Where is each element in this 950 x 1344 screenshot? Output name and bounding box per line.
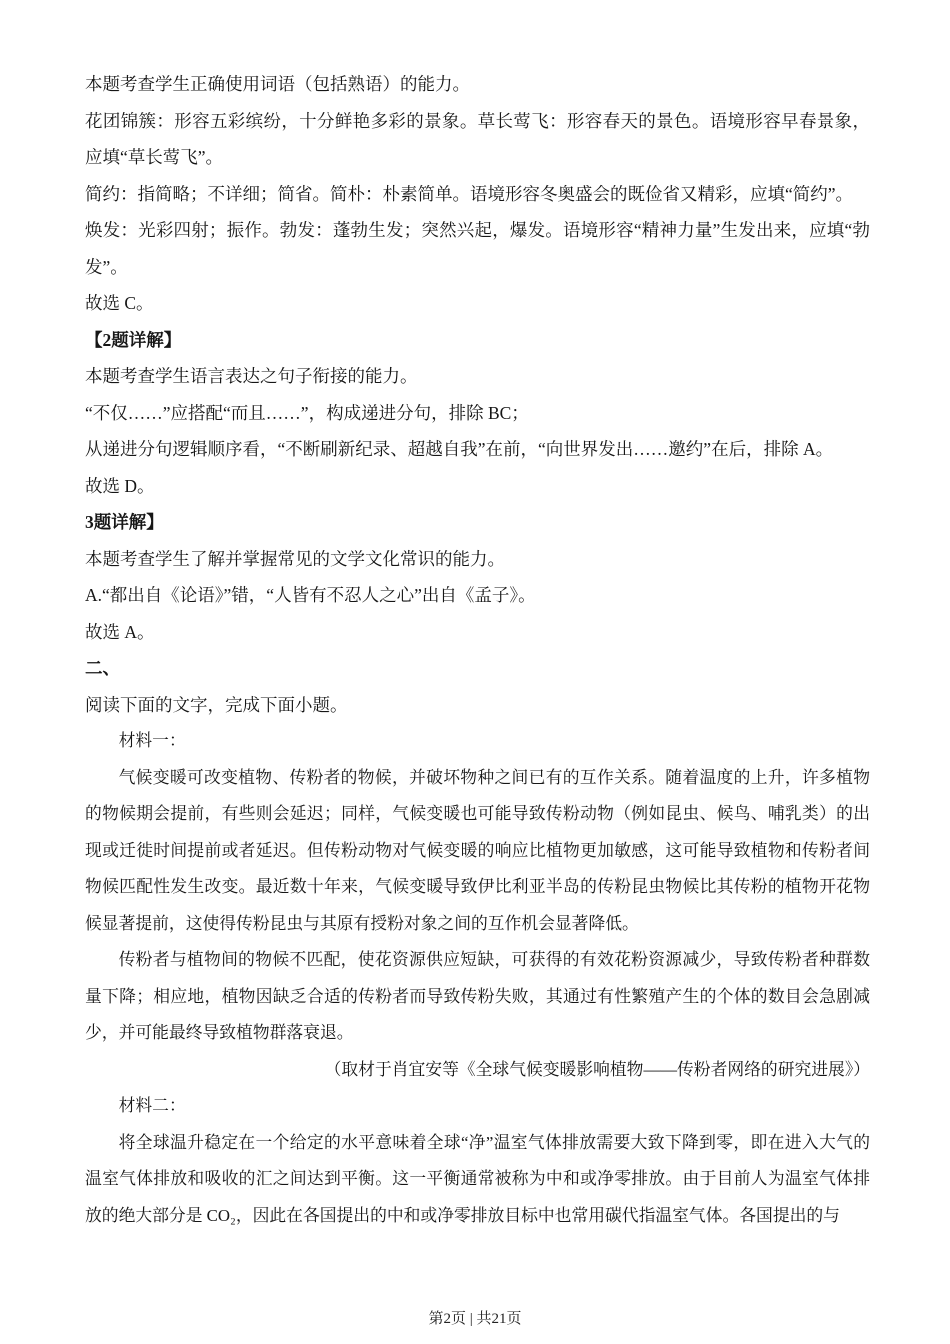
answer-line: 故选 A。: [85, 614, 870, 651]
section-heading-2: 二、: [85, 650, 870, 687]
reading-instruction: 阅读下面的文字，完成下面小题。: [85, 687, 870, 724]
explanation-paragraph: 从递进分句逻辑顺序看，“不断刷新纪录、超越自我”在前，“向世界发出……邀约”在后…: [85, 431, 870, 468]
answer-line: 故选 D。: [85, 468, 870, 505]
material-1-label: 材料一：: [85, 723, 870, 760]
explanation-paragraph: 本题考查学生正确使用词语（包括熟语）的能力。: [85, 66, 870, 103]
material-2-label: 材料二：: [85, 1088, 870, 1125]
answer-line: 故选 C。: [85, 285, 870, 322]
material-2-paragraph: 将全球温升稳定在一个给定的水平意味着全球“净”温室气体排放需要大致下降到零，即在…: [85, 1125, 870, 1235]
document-content: 本题考查学生正确使用词语（包括熟语）的能力。 花团锦簇：形容五彩缤纷，十分鲜艳多…: [85, 66, 870, 1234]
explanation-paragraph: “不仅……”应搭配“而且……”，构成递进分句，排除 BC；: [85, 395, 870, 432]
material-1-paragraph: 传粉者与植物间的物候不匹配，使花资源供应短缺，可获得的有效花粉资源减少，导致传粉…: [85, 942, 870, 1052]
document-page: 本题考查学生正确使用词语（包括熟语）的能力。 花团锦簇：形容五彩缤纷，十分鲜艳多…: [0, 0, 950, 1344]
page-number: 第2页 | 共21页: [428, 1311, 521, 1327]
explanation-paragraph: A.“都出自《论语》”错，“人皆有不忍人之心”出自《孟子》。: [85, 577, 870, 614]
explanation-paragraph: 简约：指简略；不详细；简省。简朴：朴素简单。语境形容冬奥盛会的既俭省又精彩，应填…: [85, 176, 870, 213]
page-footer: 第2页 | 共21页: [0, 1307, 950, 1328]
source-attribution: （取材于肖宜安等《全球气候变暖影响植物——传粉者网络的研究进展》）: [85, 1052, 870, 1089]
material-1-paragraph: 气候变暖可改变植物、传粉者的物候，并破坏物种之间已有的互作关系。随着温度的上升，…: [85, 760, 870, 943]
explanation-paragraph: 花团锦簇：形容五彩缤纷，十分鲜艳多彩的景象。草长莺飞：形容春天的景色。语境形容早…: [85, 103, 870, 176]
detail-heading-q3: 3题详解】: [85, 504, 870, 541]
detail-heading-q2: 【2题详解】: [85, 322, 870, 359]
explanation-paragraph: 焕发：光彩四射；振作。勃发：蓬勃生发；突然兴起，爆发。语境形容“精神力量”生发出…: [85, 212, 870, 285]
explanation-paragraph: 本题考查学生了解并掌握常见的文学文化常识的能力。: [85, 541, 870, 578]
explanation-paragraph: 本题考查学生语言表达之句子衔接的能力。: [85, 358, 870, 395]
